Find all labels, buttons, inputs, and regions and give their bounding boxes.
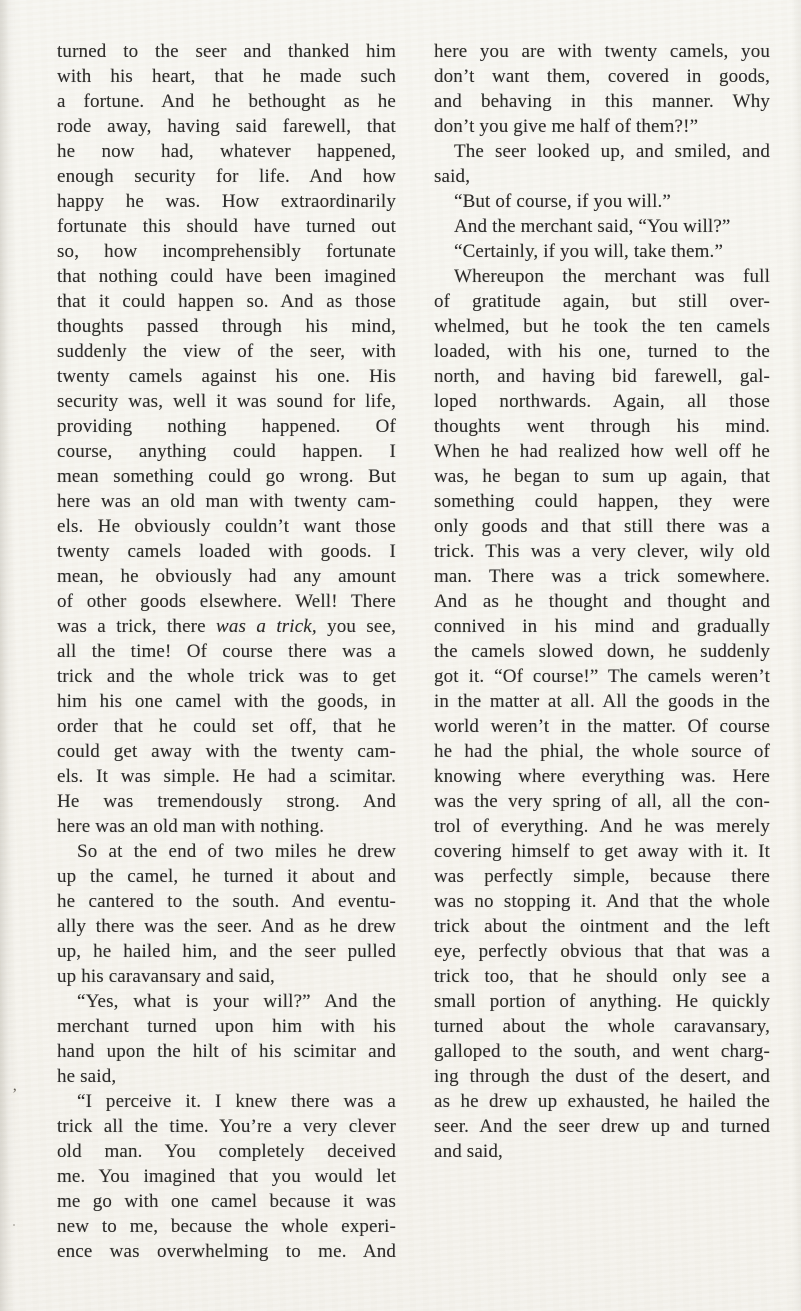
- text-line: suddenly the view of the seer, with: [57, 339, 396, 364]
- text-line: of gratitude again, but still over-: [434, 289, 770, 314]
- text-line: was no stopping it. And that the whole: [434, 889, 770, 914]
- text-line: hand upon the hilt of his scimitar and: [57, 1039, 396, 1064]
- text-line: merchant turned upon him with his: [57, 1014, 396, 1039]
- text-line: eye, perfectly obvious that that was a: [434, 939, 770, 964]
- text-line: north, and having bid farewell, gal-: [434, 364, 770, 389]
- text-line: And as he thought and thought and: [434, 589, 770, 614]
- dust-speck: [13, 1224, 15, 1226]
- text-line: els. He obviously couldn’t want those: [57, 514, 396, 539]
- text-line: got it. “Of course!” The camels weren’t: [434, 664, 770, 689]
- text-line: connived in his mind and gradually: [434, 614, 770, 639]
- text-line: in the matter at all. All the goods in t…: [434, 689, 770, 714]
- text-line: and behaving in this manner. Why: [434, 89, 770, 114]
- text-line: ally there was the seer. And as he drew: [57, 914, 396, 939]
- text-line: trick. This was a very clever, wily old: [434, 539, 770, 564]
- text-line: course, anything could happen. I: [57, 439, 396, 464]
- text-line: here you are with twenty camels, you: [434, 39, 770, 64]
- text-line: twenty camels against his one. His: [57, 364, 396, 389]
- text-line: “I perceive it. I knew there was a: [57, 1089, 396, 1114]
- text-line: he said,: [57, 1064, 396, 1089]
- text-line: the camels slowed down, he suddenly: [434, 639, 770, 664]
- text-line: rode away, having said farewell, that: [57, 114, 396, 139]
- text-line: security was, well it was sound for life…: [57, 389, 396, 414]
- text-line: something could happen, they were: [434, 489, 770, 514]
- text-line: don’t want them, covered in goods,: [434, 64, 770, 89]
- text-line: all the time! Of course there was a: [57, 639, 396, 664]
- text-line: could get away with the twenty cam-: [57, 739, 396, 764]
- text-line: When he had realized how well off he: [434, 439, 770, 464]
- text-line: so, how incomprehensibly fortunate: [57, 239, 396, 264]
- text-line: as he drew up exhausted, he hailed the: [434, 1089, 770, 1114]
- text-line: thoughts passed through his mind,: [57, 314, 396, 339]
- text-line: So at the end of two miles he drew: [57, 839, 396, 864]
- text-line: was, he began to sum up again, that: [434, 464, 770, 489]
- text-line: fortunate this should have turned out: [57, 214, 396, 239]
- text-line: “Certainly, if you will, take them.”: [434, 239, 770, 264]
- page-edge-shadow-left: [0, 0, 16, 1311]
- text-column-left: turned to the seer and thanked himwith h…: [57, 39, 396, 1264]
- text-line: mean something could go wrong. But: [57, 464, 396, 489]
- text-line: ing through the dust of the desert, and: [434, 1064, 770, 1089]
- text-line: “Yes, what is your will?” And the: [57, 989, 396, 1014]
- text-line: small portion of anything. He quickly: [434, 989, 770, 1014]
- text-line: and said,: [434, 1139, 770, 1164]
- text-line: don’t you give me half of them?!”: [434, 114, 770, 139]
- text-line: trick about the ointment and the left: [434, 914, 770, 939]
- text-line: turned to the seer and thanked him: [57, 39, 396, 64]
- text-line: that nothing could have been imagined: [57, 264, 396, 289]
- text-line: ence was overwhelming to me. And: [57, 1239, 396, 1264]
- text-line: covering himself to get away with it. It: [434, 839, 770, 864]
- text-line: providing nothing happened. Of: [57, 414, 396, 439]
- text-line: The seer looked up, and smiled, and: [434, 139, 770, 164]
- text-line: seer. And the seer drew up and turned: [434, 1114, 770, 1139]
- text-line: up the camel, he turned it about and: [57, 864, 396, 889]
- text-line: thoughts went through his mind.: [434, 414, 770, 439]
- text-line: a fortune. And he bethought as he: [57, 89, 396, 114]
- text-line: loaded, with his one, turned to the: [434, 339, 770, 364]
- text-line: mean, he obviously had any amount: [57, 564, 396, 589]
- text-line: me. You imagined that you would let: [57, 1164, 396, 1189]
- text-line: loped northwards. Again, all those: [434, 389, 770, 414]
- text-line: galloped to the south, and went charg-: [434, 1039, 770, 1064]
- text-line: only goods and that still there was a: [434, 514, 770, 539]
- text-line: trick too, that he should only see a: [434, 964, 770, 989]
- text-line: him his one camel with the goods, in: [57, 689, 396, 714]
- text-line: here was an old man with twenty cam-: [57, 489, 396, 514]
- text-line: up his caravansary and said,: [57, 964, 396, 989]
- text-line: turned about the whole caravansary,: [434, 1014, 770, 1039]
- text-line: twenty camels loaded with goods. I: [57, 539, 396, 564]
- text-line: new to me, because the whole experi-: [57, 1214, 396, 1239]
- book-page: { "page": { "background": "#f6f4ee", "in…: [0, 0, 801, 1311]
- text-line: that it could happen so. And as those: [57, 289, 396, 314]
- text-line: was the very spring of all, all the con-: [434, 789, 770, 814]
- text-line: whelmed, but he took the ten camels: [434, 314, 770, 339]
- text-line: of other goods elsewhere. Well! There: [57, 589, 396, 614]
- text-line: “But of course, if you will.”: [434, 189, 770, 214]
- text-line: Whereupon the merchant was full: [434, 264, 770, 289]
- text-line: he had the phial, the whole source of: [434, 739, 770, 764]
- text-line: trick and the whole trick was to get: [57, 664, 396, 689]
- text-line: enough security for life. And how: [57, 164, 396, 189]
- text-line: And the merchant said, “You will?”: [434, 214, 770, 239]
- text-line: me go with one camel because it was: [57, 1189, 396, 1214]
- text-line: he cantered to the south. And eventu-: [57, 889, 396, 914]
- text-line: He was tremendously strong. And: [57, 789, 396, 814]
- italic-phrase: was a trick,: [216, 616, 317, 637]
- text-segment: you see,: [317, 616, 396, 637]
- text-line: trick all the time. You’re a very clever: [57, 1114, 396, 1139]
- text-line: trol of everything. And he was merely: [434, 814, 770, 839]
- text-line: he now had, whatever happened,: [57, 139, 396, 164]
- text-column-right: here you are with twenty camels, youdon’…: [434, 39, 770, 1164]
- text-line: world weren’t in the matter. Of course: [434, 714, 770, 739]
- text-line: with his heart, that he made such: [57, 64, 396, 89]
- text-line: els. It was simple. He had a scimitar.: [57, 764, 396, 789]
- text-line: said,: [434, 164, 770, 189]
- text-line: here was an old man with nothing.: [57, 814, 396, 839]
- text-line: old man. You completely deceived: [57, 1139, 396, 1164]
- ink-speck: ’: [12, 1086, 17, 1104]
- text-line: knowing where everything was. Here: [434, 764, 770, 789]
- text-line: order that he could set off, that he: [57, 714, 396, 739]
- text-segment: was a trick, there: [57, 616, 216, 637]
- text-line: was perfectly simple, because there: [434, 864, 770, 889]
- text-line: happy he was. How extraordinarily: [57, 189, 396, 214]
- page-edge-shadow-right: [791, 0, 801, 1311]
- text-line: man. There was a trick somewhere.: [434, 564, 770, 589]
- text-line: up, he hailed him, and the seer pulled: [57, 939, 396, 964]
- text-line: was a trick, there was a trick, you see,: [57, 614, 396, 639]
